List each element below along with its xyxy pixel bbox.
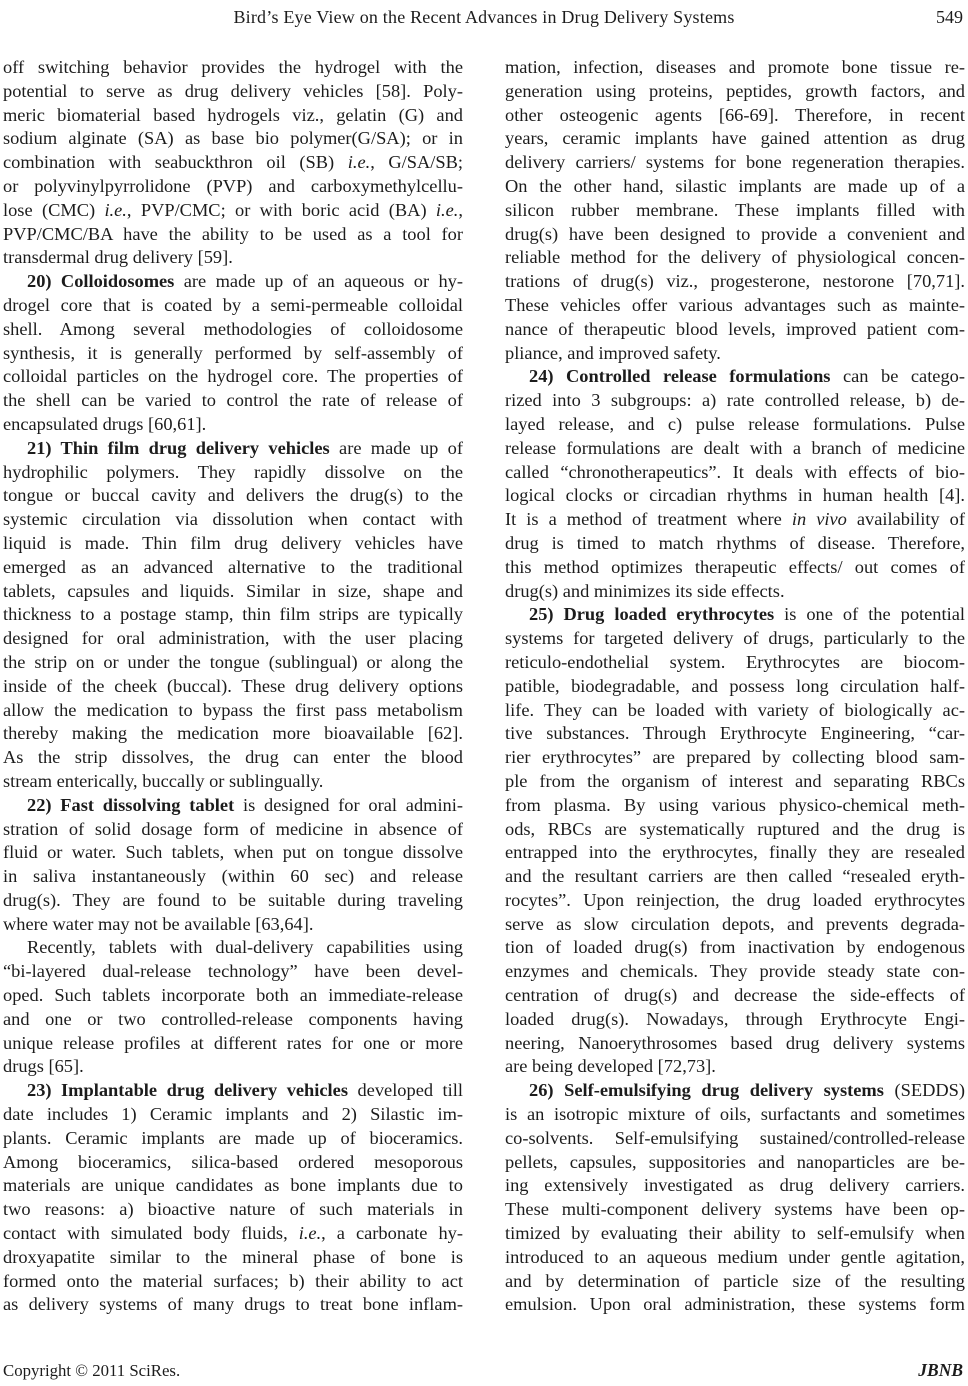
text-line: contact with simulated body fluids, i.e.… [3, 1222, 463, 1246]
text-line: oped. Such tablets incorporate both an i… [3, 984, 463, 1008]
text-line: allow the medication to bypass the first… [3, 699, 463, 723]
text-line: These multi-component delivery systems h… [505, 1198, 965, 1222]
page-header: Bird’s Eye View on the Recent Advances i… [0, 7, 968, 33]
text-line: timized by evaluating their ability to s… [505, 1222, 965, 1246]
page-number: 549 [936, 7, 963, 28]
text-line: and the resultant carriers are then call… [505, 865, 965, 889]
text-line: droxyapatite similar to the mineral phas… [3, 1246, 463, 1270]
text-line: enzymes and chemicals. They provide stea… [505, 960, 965, 984]
paragraph: 21) Thin film drug delivery vehicles are… [3, 437, 463, 794]
text-line: drug(s) and minimizes its side effects. [505, 580, 965, 604]
text-line: date includes 1) Ceramic implants and 2)… [3, 1103, 463, 1127]
text-line: where water may not be available [63,64]… [3, 913, 463, 937]
text-line: It is a method of treatment where in viv… [505, 508, 965, 532]
text-line: neering, Nanoerythrosomes based drug del… [505, 1032, 965, 1056]
text-line: reticulo-endothelial system. Erythrocyte… [505, 651, 965, 675]
text-line: 21) Thin film drug delivery vehicles are… [3, 437, 463, 461]
text-line: 20) Colloidosomes are made up of an aque… [3, 270, 463, 294]
text-line: materials are unique candidates as bone … [3, 1174, 463, 1198]
text-line: tive substances. Through Erythrocyte Eng… [505, 722, 965, 746]
text-line: off switching behavior provides the hydr… [3, 56, 463, 80]
text-line: drogel core that is coated by a semi-per… [3, 294, 463, 318]
copyright-text: Copyright © 2011 SciRes. [3, 1361, 180, 1381]
text-line: potential to serve as drug delivery vehi… [3, 80, 463, 104]
text-line: Among bioceramics, silica-based ordered … [3, 1151, 463, 1175]
text-line: transdermal drug delivery [59]. [3, 246, 463, 270]
text-line: 25) Drug loaded erythrocytes is one of t… [505, 603, 965, 627]
text-line: stration of solid dosage form of medicin… [3, 818, 463, 842]
text-line: drug(s). They are found to be suitable d… [3, 889, 463, 913]
text-line: loaded drug(s). Nowadays, through Erythr… [505, 1008, 965, 1032]
text-line: pellets, capsules, suppositories and nan… [505, 1151, 965, 1175]
text-line: As the strip dissolves, the drug can ent… [3, 746, 463, 770]
text-line: from plasma. By using various physico-ch… [505, 794, 965, 818]
left-column: off switching behavior provides the hydr… [3, 56, 463, 1317]
text-line: 26) Self-emulsifying drug delivery syste… [505, 1079, 965, 1103]
text-line: called “chronotherapeutics”. It deals wi… [505, 461, 965, 485]
paragraph: 23) Implantable drug delivery vehicles d… [3, 1079, 463, 1317]
paragraph: 20) Colloidosomes are made up of an aque… [3, 270, 463, 437]
text-line: life. They can be loaded with variety of… [505, 699, 965, 723]
text-line: These vehicles offer various advantages … [505, 294, 965, 318]
text-line: are being developed [72,73]. [505, 1055, 965, 1079]
text-line: logical clocks or circadian rhythms in h… [505, 484, 965, 508]
text-line: tablets, capsules and liquids. Similar i… [3, 580, 463, 604]
text-line: designed for oral administration, with t… [3, 627, 463, 651]
text-line: sodium alginate (SA) as base bio polymer… [3, 127, 463, 151]
text-line: trations of drug(s) viz., progesterone, … [505, 270, 965, 294]
text-line: is an isotropic mixture of oils, surfact… [505, 1103, 965, 1127]
text-line: patible, biodegradable, and possess long… [505, 675, 965, 699]
text-line: Recently, tablets with dual-delivery cap… [3, 936, 463, 960]
text-line: tion of loaded drug(s) from inactivation… [505, 936, 965, 960]
text-line: ing extensively investigated as drug del… [505, 1174, 965, 1198]
page-footer: Copyright © 2011 SciRes. JBNB [3, 1358, 963, 1382]
text-line: hydrophilic polymers. They rapidly disso… [3, 461, 463, 485]
text-line: thereby making the medication more bioav… [3, 722, 463, 746]
text-line: generation using proteins, peptides, gro… [505, 80, 965, 104]
text-line: ple from the organism of interest and se… [505, 770, 965, 794]
paragraph: 25) Drug loaded erythrocytes is one of t… [505, 603, 965, 1079]
text-line: 22) Fast dissolving tablet is designed f… [3, 794, 463, 818]
text-line: nance of therapeutic blood levels, impro… [505, 318, 965, 342]
text-line: in saliva instantaneously (within 60 sec… [3, 865, 463, 889]
text-line: systemic circulation via dissolution whe… [3, 508, 463, 532]
paragraph: off switching behavior provides the hydr… [3, 56, 463, 270]
text-line: liquid is made. Thin film drug delivery … [3, 532, 463, 556]
text-line: “bi-layered dual-release technology” hav… [3, 960, 463, 984]
paragraph: mation, infection, diseases and promote … [505, 56, 965, 365]
text-line: rocytes”. Upon reinjection, the drug loa… [505, 889, 965, 913]
text-line: tongue or buccal cavity and delivers the… [3, 484, 463, 508]
text-line: entrapped into the erythrocytes, finally… [505, 841, 965, 865]
text-line: colloidal particles on the hydrogel core… [3, 365, 463, 389]
text-line: introduced to an aqueous medium under ge… [505, 1246, 965, 1270]
text-line: formed onto the material surfaces; b) th… [3, 1270, 463, 1294]
text-line: the strip on or under the tongue (sublin… [3, 651, 463, 675]
text-line: ods, RBCs are systematically ruptured an… [505, 818, 965, 842]
text-line: serve as slow circulation depots, and pr… [505, 913, 965, 937]
text-line: shell. Among several methodologies of co… [3, 318, 463, 342]
paragraph: 22) Fast dissolving tablet is designed f… [3, 794, 463, 937]
text-line: silicon rubber membrane. These implants … [505, 199, 965, 223]
text-line: thickness to a postage stamp, thin film … [3, 603, 463, 627]
paragraph: 26) Self-emulsifying drug delivery syste… [505, 1079, 965, 1317]
text-line: pliance, and improved safety. [505, 342, 965, 366]
text-line: years, ceramic implants have gained atte… [505, 127, 965, 151]
text-line: release formulations are dealt with a br… [505, 437, 965, 461]
text-line: mation, infection, diseases and promote … [505, 56, 965, 80]
text-line: drugs [65]. [3, 1055, 463, 1079]
text-line: co-solvents. Self-emulsifying sustained/… [505, 1127, 965, 1151]
text-line: systems for targeted delivery of drugs, … [505, 627, 965, 651]
text-line: drug is timed to match rhythms of diseas… [505, 532, 965, 556]
text-line: PVP/CMC/BA have the ability to be used a… [3, 223, 463, 247]
text-line: layed release, and c) pulse release form… [505, 413, 965, 437]
text-line: the shell can be varied to control the r… [3, 389, 463, 413]
text-line: two reasons: a) bioactive nature of such… [3, 1198, 463, 1222]
text-line: lose (CMC) i.e., PVP/CMC; or with boric … [3, 199, 463, 223]
text-line: drug(s) have been designed to provide a … [505, 223, 965, 247]
article-body: off switching behavior provides the hydr… [3, 56, 965, 1317]
text-line: meric biomaterial based hydrogels viz., … [3, 104, 463, 128]
text-line: this method optimizes therapeutic effect… [505, 556, 965, 580]
text-line: rier erythrocytes” are prepared by colle… [505, 746, 965, 770]
text-line: or polyvinylpyrrolidone (PVP) and carbox… [3, 175, 463, 199]
text-line: other osteogenic agents [66-69]. Therefo… [505, 104, 965, 128]
text-line: encapsulated drugs [60,61]. [3, 413, 463, 437]
journal-abbreviation: JBNB [918, 1360, 963, 1381]
text-line: 24) Controlled release formulations can … [505, 365, 965, 389]
text-line: delivery carriers/ systems for bone rege… [505, 151, 965, 175]
text-line: stream enterically, buccally or sublingu… [3, 770, 463, 794]
text-line: synthesis, it is generally performed by … [3, 342, 463, 366]
text-line: reliable method for the delivery of phys… [505, 246, 965, 270]
text-line: and one or two controlled-release compon… [3, 1008, 463, 1032]
text-line: unique release profiles at different rat… [3, 1032, 463, 1056]
text-line: 23) Implantable drug delivery vehicles d… [3, 1079, 463, 1103]
text-line: fluid or water. Such tablets, when put o… [3, 841, 463, 865]
text-line: centration of drug(s) and decrease the s… [505, 984, 965, 1008]
paragraph: 24) Controlled release formulations can … [505, 365, 965, 603]
text-line: plants. Ceramic implants are made up of … [3, 1127, 463, 1151]
text-line: rized into 3 subgroups: a) rate controll… [505, 389, 965, 413]
running-head-title: Bird’s Eye View on the Recent Advances i… [0, 7, 968, 28]
text-line: emerged as an advanced alternative to th… [3, 556, 463, 580]
text-line: On the other hand, silastic implants are… [505, 175, 965, 199]
text-line: and by determination of particle size of… [505, 1270, 965, 1294]
text-line: combination with seabuckthron oil (SB) i… [3, 151, 463, 175]
text-line: emulsion. Upon oral administration, thes… [505, 1293, 965, 1317]
right-column: mation, infection, diseases and promote … [505, 56, 965, 1317]
text-line: inside of the cheek (buccal). These drug… [3, 675, 463, 699]
text-line: as delivery systems of many drugs to tre… [3, 1293, 463, 1317]
paragraph: Recently, tablets with dual-delivery cap… [3, 936, 463, 1079]
